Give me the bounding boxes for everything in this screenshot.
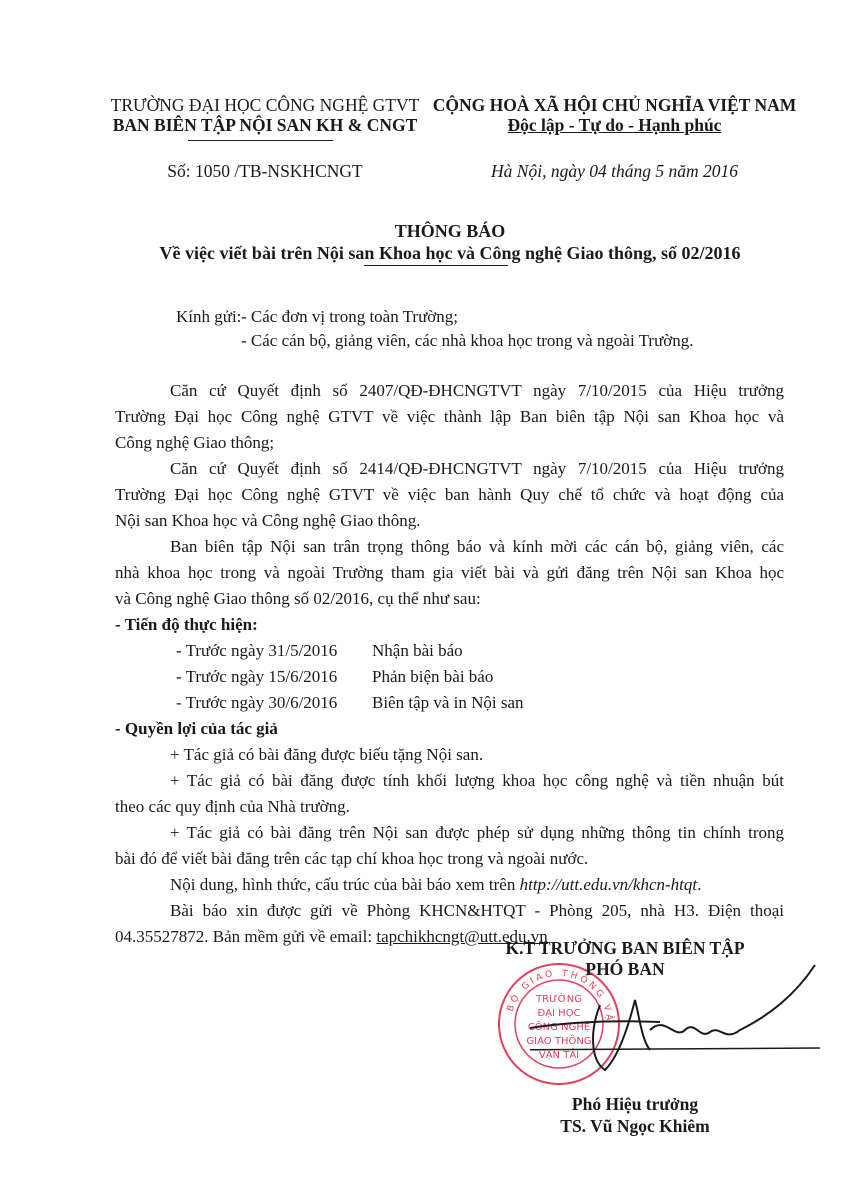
schedule-date: - Trước ngày 15/6/2016 [176,664,337,691]
submission-info-line-2: 04.35527872. Bản mềm gửi về email: tapch… [115,924,548,951]
benefit-item-line-2: bài đó để viết bài đăng trên các tạp chí… [115,846,588,873]
schedule-task: Biên tập và in Nội san [372,690,524,717]
paragraph-2-line-2: Trường Đại học Công nghệ GTVT về việc ba… [115,482,784,509]
content-info-suffix: . [697,875,701,894]
national-motto: Độc lập - Tự do - Hạnh phúc [432,115,797,135]
header-left-underline [188,140,333,141]
recipient-item: - Các đơn vị trong toàn Trường; [241,304,458,331]
notice-subject: Về việc viết bài trên Nội san Khoa học v… [100,243,800,264]
benefit-item: + Tác giả có bài đăng được biếu tặng Nội… [170,742,483,769]
paragraph-3-line-3: và Công nghệ Giao thông số 02/2016, cụ t… [115,586,481,613]
submission-info-text: 04.35527872. Bản mềm gửi về email: [115,927,376,946]
paragraph-3-line-1: Ban biên tập Nội san trân trọng thông bá… [170,534,784,561]
signature-authority: K.T TRƯỞNG BAN BIÊN TẬP [500,938,750,959]
handwritten-signature-icon [530,960,820,1090]
submission-info-line-1: Bài báo xin được gửi về Phòng KHCN&HTQT … [170,898,784,925]
benefit-item-line-1: + Tác giả có bài đăng được tính khối lượ… [170,768,784,795]
content-info-line: Nội dung, hình thức, cấu trúc của bài bá… [170,872,701,899]
paragraph-2-line-3: Nội san Khoa học và Công nghệ Giao thông… [115,508,420,535]
schedule-date: - Trước ngày 31/5/2016 [176,638,337,665]
paragraph-2-line-1: Căn cứ Quyết định số 2414/QĐ-ĐHCNGTVT ng… [170,456,784,483]
signer-name: TS. Vũ Ngọc Khiêm [505,1116,765,1137]
schedule-heading: - Tiến độ thực hiện: [115,612,258,639]
website-link[interactable]: http://utt.edu.vn/khcn-htqt [520,875,698,894]
content-info-text: Nội dung, hình thức, cấu trúc của bài bá… [170,875,520,894]
schedule-task: Phản biện bài báo [372,664,493,691]
benefit-item-line-1: + Tác giả có bài đăng trên Nội san được … [170,820,784,847]
notice-heading: THÔNG BÁO [100,221,800,242]
recipient-item: - Các cán bộ, giảng viên, các nhà khoa h… [241,328,694,355]
paragraph-1-line-3: Công nghệ Giao thông; [115,430,274,457]
paragraph-1-line-2: Trường Đại học Công nghệ GTVT về việc th… [115,404,784,431]
benefits-heading: - Quyền lợi của tác giả [115,716,278,743]
schedule-date: - Trước ngày 30/6/2016 [176,690,337,717]
title-underline [364,265,508,266]
recipients-label: Kính gửi: [176,304,241,331]
paragraph-1-line-1: Căn cứ Quyết định số 2407/QĐ-ĐHCNGTVT ng… [170,378,784,405]
national-title: CỘNG HOÀ XÃ HỘI CHỦ NGHĨA VIỆT NAM [432,95,797,115]
place-date: Hà Nội, ngày 04 tháng 5 năm 2016 [432,161,797,181]
document-number: Số: 1050 /TB-NSKHCNGT [105,161,425,181]
signer-title: Phó Hiệu trưởng [505,1094,765,1115]
editorial-board-name: BAN BIÊN TẬP NỘI SAN KH & CNGT [105,115,425,135]
paragraph-3-line-2: nhà khoa học trong và ngoài Trường tham … [115,560,784,587]
school-name: TRƯỜNG ĐẠI HỌC CÔNG NGHỆ GTVT [105,95,425,115]
schedule-task: Nhận bài báo [372,638,463,665]
benefit-item-line-2: theo các quy định của Nhà trường. [115,794,350,821]
